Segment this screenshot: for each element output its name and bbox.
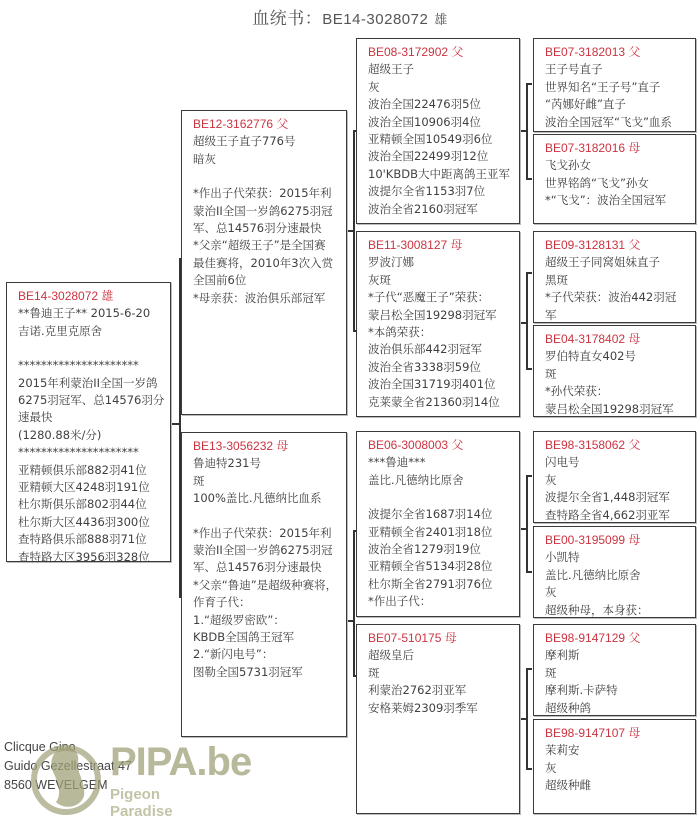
detail-line: 蒙吕松全国19298羽冠军	[545, 401, 689, 418]
detail-line: 茉莉安	[545, 742, 689, 759]
detail-line: 10'KBDB大中距离鸽王亚军	[368, 166, 513, 183]
title-ring-number: BE14-3028072	[322, 11, 428, 28]
ring-number: BE04-3178402 母	[545, 331, 689, 348]
pigeon-details: 茉莉安灰超级种雌	[545, 742, 689, 794]
pigeon-card-sire-sire: BE08-3172902 父 超级王子灰波治全国22476羽5位波治全国1090…	[356, 38, 520, 224]
detail-line: 速最快	[18, 409, 164, 426]
pigeon-card-dam-sire: BE06-3008003 父 ***鲁迪***盖比.凡德纳比原舍波提尔全省168…	[356, 431, 520, 617]
pigeon-details: 王子号直子世界知名“王子号”直子“芮娜好雌”直子波治全国冠军“飞戈”血系	[545, 61, 689, 131]
ring-number: BE07-510175 母	[368, 630, 513, 647]
connector	[526, 475, 532, 477]
detail-line: 斑	[545, 366, 689, 383]
ring-number: BE98-9147107 母	[545, 725, 689, 742]
detail-line: 军	[545, 307, 689, 324]
detail-line: 波提尔全省1687羽14位	[368, 506, 513, 523]
detail-line: 斑	[368, 665, 513, 682]
detail-line: *子代荣获：波治442羽冠	[545, 289, 689, 306]
detail-line: 小凯特	[545, 549, 689, 566]
detail-line: 摩利斯	[545, 647, 689, 664]
detail-line: 斑	[193, 473, 340, 490]
detail-line: 罗伯特直女402号	[545, 348, 689, 365]
detail-line: 波治全省1279羽19位	[368, 541, 513, 558]
connector	[526, 571, 532, 573]
detail-line: 亚精顿俱乐部882羽41位	[18, 462, 164, 479]
detail-line: 杜尔斯俱乐部802羽44位	[18, 496, 164, 513]
detail-line: “芮娜好雌”直子	[545, 96, 689, 113]
title-sex: 雄	[434, 13, 448, 28]
detail-line: 波治全国31719羽401位	[368, 376, 513, 393]
detail-line: 亚精顿全省5134羽28位	[368, 558, 513, 575]
detail-line: 灰	[545, 760, 689, 777]
detail-line: 6275羽冠军、总14576羽分	[18, 392, 164, 409]
detail-line: *作出子代：	[368, 593, 513, 610]
pigeon-card-sss: BE07-3182013 父 王子号直子世界知名“王子号”直子“芮娜好雌”直子波…	[533, 38, 696, 132]
detail-line: 波治全省3338羽59位	[368, 359, 513, 376]
connector	[526, 83, 532, 85]
detail-line: 世界知名“王子号”直子	[545, 79, 689, 96]
pigeon-details: 超级王子同窝姐妹直子黑斑*子代荣获：波治442羽冠军	[545, 254, 689, 324]
detail-line: 灰	[545, 472, 689, 489]
detail-line: 蒙治II全国一岁鸽6275羽冠	[193, 542, 340, 559]
detail-line: *子代“恶魔王子”荣获：	[368, 289, 513, 306]
ring-number: BE07-3182016 母	[545, 140, 689, 157]
detail-line: 吉诺.克里克原舍	[18, 323, 164, 340]
detail-line	[368, 489, 513, 506]
detail-line: *********************	[18, 357, 164, 374]
ring-number: BE12-3162776 父	[193, 116, 340, 133]
detail-line: KBDB全国鸽王冠军	[193, 629, 340, 646]
pigeon-card-sds: BE09-3128131 父 超级王子同窝姐妹直子黑斑*子代荣获：波治442羽冠…	[533, 231, 696, 323]
pigeon-card-subject: BE14-3028072 雄 **鲁迪王子** 2015-6-20吉诺.克里克原…	[6, 282, 171, 562]
detail-line: 军、总14576羽分速最快	[193, 220, 340, 237]
pigeon-logo-icon	[28, 738, 108, 817]
title-prefix: 血统书：	[252, 9, 322, 29]
pigeon-details: 罗伯特直女402号斑*孙代荣获：蒙吕松全国19298羽冠军	[545, 348, 689, 418]
detail-line: 超级种鸽	[545, 700, 689, 717]
connector	[526, 272, 528, 368]
detail-line: *父亲“超级王子”是全国赛	[193, 237, 340, 254]
pigeon-details: ***鲁迪***盖比.凡德纳比原舍波提尔全省1687羽14位亚精顿全省2401羽…	[368, 454, 513, 610]
detail-line: 查特路大区3956羽328位	[18, 549, 164, 566]
connector	[526, 178, 532, 180]
ring-number: BE98-3158062 父	[545, 437, 689, 454]
detail-line: 超级种雌	[545, 777, 689, 794]
detail-line: 王子号直子	[545, 61, 689, 78]
connector	[526, 475, 528, 571]
detail-line: *作出子代荣获：2015年利	[193, 185, 340, 202]
detail-line: 超级王子直子776号	[193, 133, 340, 150]
detail-line: 波治全国10906羽4位	[368, 114, 513, 131]
detail-line: 军、总14576羽分速最快	[193, 559, 340, 576]
connector	[526, 668, 532, 670]
detail-line	[18, 340, 164, 357]
pigeon-details: 超级皇后斑利蒙治2762羽亚军安格莱姆2309羽季军	[368, 647, 513, 717]
detail-line: 蒙治II全国一岁鸽6275羽冠	[193, 203, 340, 220]
pigeon-card-sire: BE12-3162776 父 超级王子直子776号暗灰*作出子代荣获：2015年…	[181, 110, 347, 415]
detail-line: 波治全省2160羽冠军	[368, 201, 513, 218]
detail-line: 查特路全省4,662羽亚军	[545, 507, 689, 524]
pigeon-card-sdd: BE04-3178402 母 罗伯特直女402号斑*孙代荣获：蒙吕松全国1929…	[533, 325, 696, 417]
pigeon-details: 飞戈孙女世界铭鸽“飞戈”孙女*“飞戈”：波治全国冠军	[545, 157, 689, 209]
detail-line: 图勒全国5731羽冠军	[193, 664, 340, 681]
detail-line: 世界铭鸽“飞戈”孙女	[545, 175, 689, 192]
detail-line: 斑	[545, 665, 689, 682]
detail-line: *“飞戈”：波治全国冠军	[545, 192, 689, 209]
ring-number: BE14-3028072 雄	[18, 288, 164, 305]
detail-line: 波治全国冠军“飞戈”血系	[545, 114, 689, 131]
pigeon-card-ssd: BE07-3182016 母 飞戈孙女世界铭鸽“飞戈”孙女*“飞戈”：波治全国冠…	[533, 134, 696, 224]
watermark-subtext: Pigeon Paradise	[110, 786, 218, 817]
detail-line: 亚精顿全省2401羽18位	[368, 524, 513, 541]
detail-line: *母亲获：波治俱乐部冠军	[193, 290, 340, 307]
ring-number: BE09-3128131 父	[545, 237, 689, 254]
detail-line: *本鸽荣获：	[368, 324, 513, 341]
pigeon-details: **鲁迪王子** 2015-6-20吉诺.克里克原舍**************…	[18, 305, 164, 566]
detail-line: 波治全国22476羽5位	[368, 96, 513, 113]
detail-line: 波治俱乐部442羽冠军	[368, 341, 513, 358]
detail-line: ***鲁迪***	[368, 454, 513, 471]
pedigree-title: 血统书：BE14-3028072 雄	[0, 4, 700, 29]
pigeon-card-dds: BE98-9147129 父 摩利斯斑摩利斯.卡萨特超级种鸽	[533, 624, 696, 716]
detail-line: 2015年利蒙治II全国一岁鸽	[18, 375, 164, 392]
detail-line: *父亲“鲁迪”是超级种赛将，	[193, 577, 340, 594]
ring-number: BE11-3008127 母	[368, 237, 513, 254]
pigeon-details: 摩利斯斑摩利斯.卡萨特超级种鸽	[545, 647, 689, 717]
detail-line: 飞戈孙女	[545, 157, 689, 174]
connector	[526, 768, 532, 770]
connector	[526, 272, 532, 274]
ring-number: BE00-3195099 母	[545, 532, 689, 549]
ring-number: BE98-9147129 父	[545, 630, 689, 647]
detail-line: 盖比.凡德纳比原舍	[545, 567, 689, 584]
pigeon-details: 闪电号灰波提尔全省1,448羽冠军查特路全省4,662羽亚军	[545, 454, 689, 524]
detail-line: 亚精顿全国10549羽6位	[368, 131, 513, 148]
detail-line: 亚精顿大区4248羽191位	[18, 479, 164, 496]
connector	[526, 83, 528, 178]
detail-line: 闪电号	[545, 454, 689, 471]
detail-line: 蒙吕松全国19298羽冠军	[368, 307, 513, 324]
detail-line: 超级王子	[368, 61, 513, 78]
detail-line: *********************	[18, 444, 164, 461]
pigeon-details: 小凯特盖比.凡德纳比原舍灰超级种母，本身获：	[545, 549, 689, 619]
detail-line: 灰	[368, 79, 513, 96]
ring-number: BE08-3172902 父	[368, 44, 513, 61]
detail-line: *作出子代荣获：2015年利	[193, 525, 340, 542]
detail-line: 杜尔斯大区4436羽300位	[18, 514, 164, 531]
detail-line: 克莱蒙全省21360羽14位	[368, 394, 513, 411]
detail-line: 安格莱姆2309羽季军	[368, 700, 513, 717]
detail-line: 1.“超级罗密欧”：	[193, 612, 340, 629]
detail-line: 黑斑	[545, 272, 689, 289]
pigeon-card-dam-dam: BE07-510175 母 超级皇后斑利蒙治2762羽亚军安格莱姆2309羽季军	[356, 624, 520, 814]
detail-line: *孙代荣获：	[545, 383, 689, 400]
ring-number: BE07-3182013 父	[545, 44, 689, 61]
detail-line: 超级王子同窝姐妹直子	[545, 254, 689, 271]
detail-line: 波治全国22499羽12位	[368, 148, 513, 165]
detail-line: 作育子代：	[193, 594, 340, 611]
detail-line: 最佳赛将，2010年3次入赏	[193, 255, 340, 272]
pigeon-card-sire-dam: BE11-3008127 母 罗波汀娜灰斑*子代“恶魔王子”荣获：蒙吕松全国19…	[356, 231, 520, 417]
detail-line: 全国前6位	[193, 272, 340, 289]
pigeon-card-dsd: BE00-3195099 母 小凯特盖比.凡德纳比原舍灰超级种母，本身获：	[533, 526, 696, 618]
detail-line: 2.“新闪电号”：	[193, 646, 340, 663]
connector	[353, 530, 355, 675]
detail-line: 杜尔斯全省2791羽76位	[368, 576, 513, 593]
detail-line: 100%盖比.凡德纳比血系	[193, 490, 340, 507]
detail-line: 灰斑	[368, 272, 513, 289]
watermark-text: PIPA.be	[110, 740, 251, 785]
detail-line: 利蒙治2762羽亚军	[368, 682, 513, 699]
pigeon-card-dss: BE98-3158062 父 闪电号灰波提尔全省1,448羽冠军查特路全省4,6…	[533, 431, 696, 523]
connector	[526, 668, 528, 768]
ring-number: BE06-3008003 父	[368, 437, 513, 454]
detail-line	[193, 168, 340, 185]
pigeon-details: 罗波汀娜灰斑*子代“恶魔王子”荣获：蒙吕松全国19298羽冠军*本鸽荣获：波治俱…	[368, 254, 513, 411]
detail-line: 查特路俱乐部888羽71位	[18, 531, 164, 548]
detail-line: 罗波汀娜	[368, 254, 513, 271]
detail-line: **鲁迪王子** 2015-6-20	[18, 305, 164, 322]
detail-line: 波提尔全省1153羽7位	[368, 183, 513, 200]
pigeon-details: 超级王子灰波治全国22476羽5位波治全国10906羽4位亚精顿全国10549羽…	[368, 61, 513, 218]
detail-line: 超级种母，本身获：	[545, 602, 689, 619]
detail-line: 暗灰	[193, 151, 340, 168]
detail-line: 超级皇后	[368, 647, 513, 664]
pigeon-details: 超级王子直子776号暗灰*作出子代荣获：2015年利蒙治II全国一岁鸽6275羽…	[193, 133, 340, 307]
detail-line: 鲁迪特231号	[193, 455, 340, 472]
detail-line: 波提尔全省1,448羽冠军	[545, 489, 689, 506]
ring-number: BE13-3056232 母	[193, 438, 340, 455]
detail-line: (1280.88米/分)	[18, 427, 164, 444]
pigeon-card-dam: BE13-3056232 母 鲁迪特231号斑100%盖比.凡德纳比血系*作出子…	[181, 432, 347, 737]
detail-line: 灰	[545, 584, 689, 601]
watermark: PIPA.be Pigeon Paradise	[28, 738, 218, 817]
detail-line: 摩利斯.卡萨特	[545, 682, 689, 699]
connector	[353, 130, 355, 330]
pigeon-details: 鲁迪特231号斑100%盖比.凡德纳比血系*作出子代荣获：2015年利蒙治II全…	[193, 455, 340, 681]
pigeon-card-ddd: BE98-9147107 母 茉莉安灰超级种雌	[533, 719, 696, 814]
detail-line: 盖比.凡德纳比原舍	[368, 472, 513, 489]
detail-line	[193, 508, 340, 525]
connector	[526, 368, 532, 370]
